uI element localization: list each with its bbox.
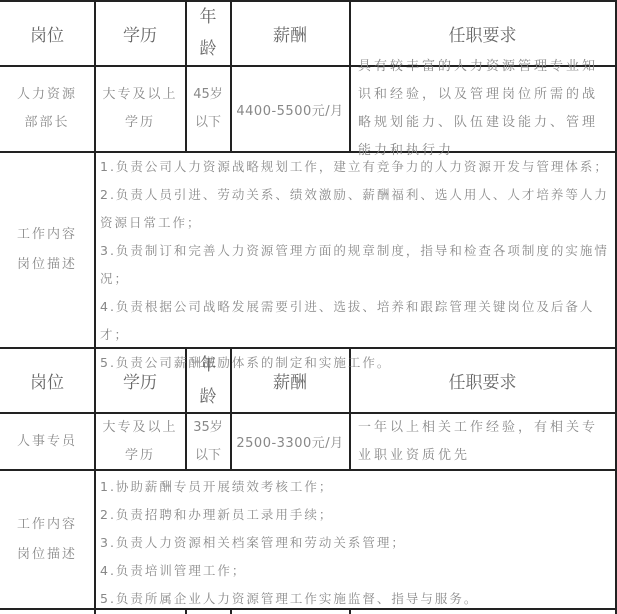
row2-age-line2: 以下 [195, 442, 221, 470]
desc2-item: 3.负责人力资源相关档案管理和劳动关系管理； [100, 529, 612, 557]
desc1-label-line2: 岗位描述 [17, 250, 77, 280]
row1-age: 45岁 以下 [186, 67, 230, 151]
desc1-item: 3.负责制订和完善人力资源管理方面的规章制度，指导和检查各项制度的实施情况； [100, 237, 612, 293]
desc1-item: 4.负责根据公司战略发展需要引进、选拔、培养和跟踪管理关键岗位及后备人才； [100, 293, 612, 349]
desc2-item: 4.负责培训管理工作； [100, 557, 612, 585]
desc2-label-line2: 岗位描述 [17, 540, 77, 570]
row1-requirements: 具有较丰富的人力资源管理专业知识和经验，以及管理岗位所需的战略规划能力、队伍建设… [350, 67, 615, 151]
header2-education: 学历 [95, 349, 185, 412]
desc1-item: 1.负责公司人力资源战略规划工作，建立有竞争力的人力资源开发与管理体系； [100, 153, 612, 181]
job-table: 岗位 学历 年 龄 薪酬 任职要求 人力资源 部部长 大专及以上 学历 45岁 … [0, 0, 617, 614]
header2-age: 年 龄 [186, 349, 230, 412]
header-education: 学历 [95, 1, 185, 65]
desc1-list: 1.负责公司人力资源战略规划工作，建立有竞争力的人力资源开发与管理体系； 2.负… [100, 153, 612, 377]
row1-position-line1: 人力资源 [17, 81, 77, 109]
header2-age-line2: 龄 [200, 381, 217, 413]
header-salary: 薪酬 [231, 1, 349, 65]
row2-education-line2: 学历 [125, 442, 155, 470]
desc1-label: 工作内容 岗位描述 [0, 153, 94, 347]
desc2-item: 5.负责所属企业人力资源管理工作实施监督、指导与服务。 [100, 585, 612, 613]
header-age: 年 龄 [186, 1, 230, 65]
row2-requirements: 一年以上相关工作经验，有相关专业职业资质优先 [350, 414, 615, 469]
row2-education-line1: 大专及以上 [102, 414, 177, 442]
row1-salary: 4400-5500元/月 [231, 67, 349, 151]
header2-position: 岗位 [0, 349, 94, 412]
row1-education-line2: 学历 [125, 109, 155, 137]
row1-position-line2: 部部长 [24, 109, 69, 137]
col-divider [615, 0, 617, 614]
row1-age-line2: 以下 [195, 109, 221, 137]
desc1-label-line1: 工作内容 [17, 220, 77, 250]
col-divider [94, 151, 96, 348]
desc2-item: 1.协助薪酬专员开展绩效考核工作； [100, 473, 612, 501]
header2-salary: 薪酬 [231, 349, 349, 412]
desc1-item: 2.负责人员引进、劳动关系、绩效激励、薪酬福利、选人用人、人才培养等人力资源日常… [100, 181, 612, 237]
header-position: 岗位 [0, 1, 94, 65]
row2-position: 人事专员 [0, 414, 94, 469]
row2-education: 大专及以上 学历 [95, 414, 185, 469]
row1-age-line1: 45岁 [193, 81, 223, 109]
desc2-label-line1: 工作内容 [17, 510, 77, 540]
row1-position: 人力资源 部部长 [0, 67, 94, 151]
row1-education: 大专及以上 学历 [95, 67, 185, 151]
desc2-label: 工作内容 岗位描述 [0, 471, 94, 608]
desc2-list: 1.协助薪酬专员开展绩效考核工作； 2.负责招聘和办理新员工录用手续； 3.负责… [100, 473, 612, 613]
header2-requirements: 任职要求 [350, 349, 615, 412]
row2-age: 35岁 以下 [186, 414, 230, 469]
col-divider [94, 469, 96, 614]
header2-age-line1: 年 [200, 349, 217, 381]
desc2-item: 2.负责招聘和办理新员工录用手续； [100, 501, 612, 529]
header-age-line1: 年 [200, 1, 217, 33]
row1-education-line1: 大专及以上 [102, 81, 177, 109]
header-age-line2: 龄 [200, 33, 217, 65]
row2-salary: 2500-3300元/月 [231, 414, 349, 469]
row2-age-line1: 35岁 [193, 414, 223, 442]
